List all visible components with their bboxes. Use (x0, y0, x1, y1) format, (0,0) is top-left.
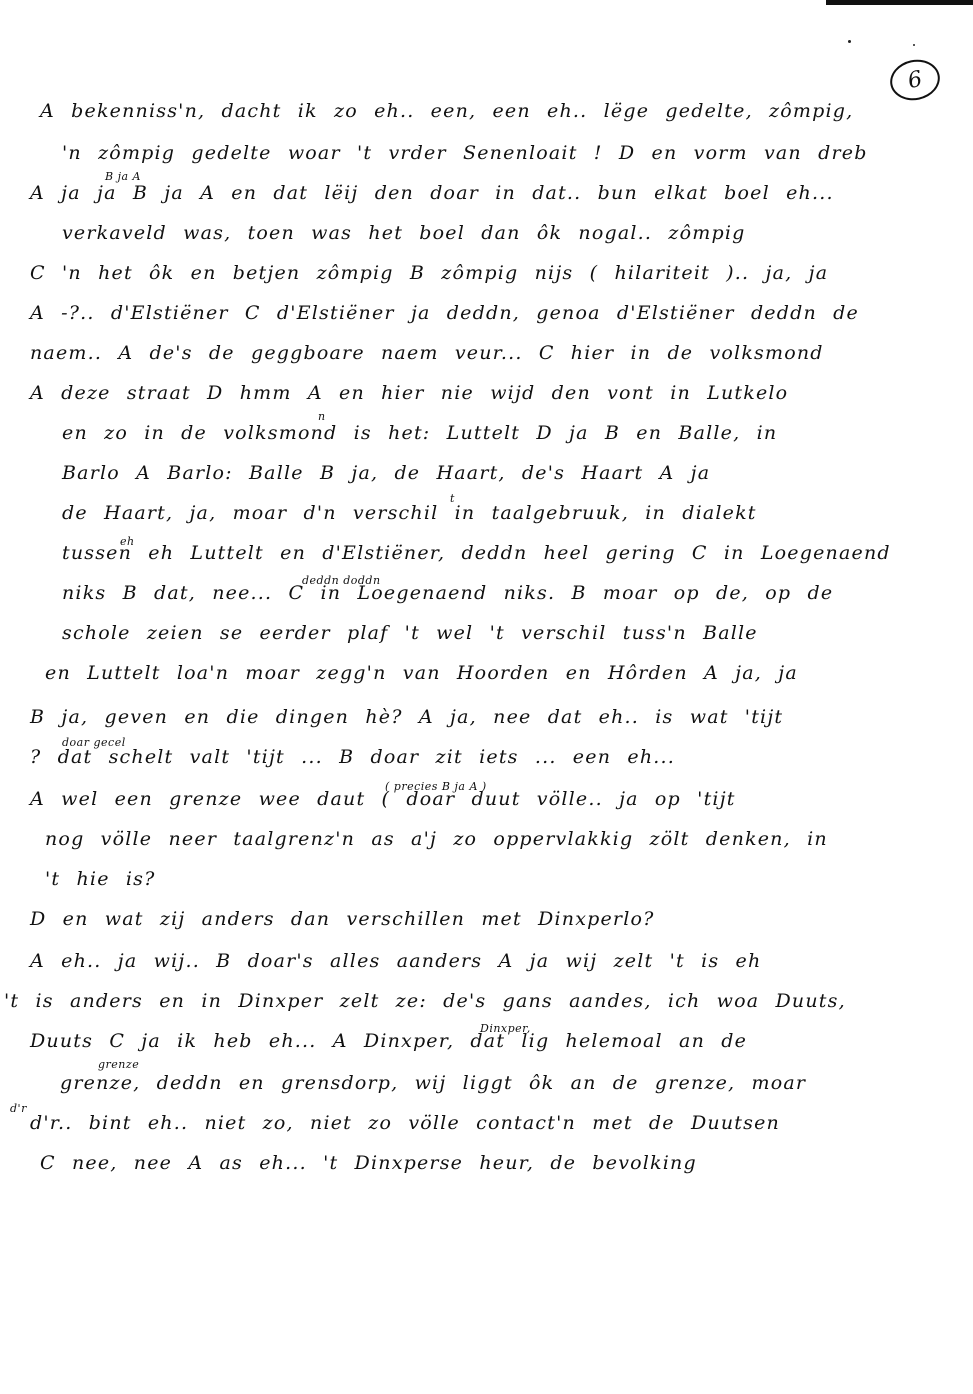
speck (848, 40, 851, 43)
margin-annotation: deddn doddn (302, 574, 381, 587)
transcript-line: en zo in de volksmond is het: Luttelt D … (62, 422, 777, 444)
margin-annotation: Dinxper, (480, 1022, 531, 1035)
transcript-line: 't is anders en in Dinxper zelt ze: de's… (4, 990, 846, 1012)
transcript-line: A wel een grenze wee daut ( doar duut vö… (30, 788, 736, 810)
transcript-line: A ja ja B ja A en dat lëij den doar in d… (30, 182, 834, 204)
speck (913, 44, 915, 46)
margin-annotation: ( precies B ja A ) (385, 780, 487, 793)
transcript-line: nog völle neer taalgrenz'n as a'j zo opp… (45, 828, 828, 850)
transcript-line: B ja, geven en die dingen hè? A ja, nee … (30, 706, 783, 728)
transcript-line: D en wat zij anders dan verschillen met … (30, 908, 655, 930)
transcript-line: d'r.. bint eh.. niet zo, niet zo völle c… (30, 1112, 780, 1134)
transcript-line: tussen eh Luttelt en d'Elstiëner, deddn … (62, 542, 891, 564)
margin-annotation: t (450, 492, 455, 505)
transcript-line: A -?.. d'Elstiëner C d'Elstiëner ja dedd… (30, 302, 859, 324)
page-number-text: 6 (906, 66, 925, 93)
transcript-line: C nee, nee A as eh... 't Dinxperse heur,… (40, 1152, 697, 1174)
transcript-line: grenze, deddn en grensdorp, wij liggt ôk… (60, 1072, 806, 1094)
transcript-line: schole zeien se eerder plaf 't wel 't ve… (62, 622, 758, 644)
transcript-line: A eh.. ja wij.. B doar's alles aanders A… (30, 950, 761, 972)
transcript-line: en Luttelt loa'n moar zegg'n van Hoorden… (45, 662, 798, 684)
transcript-line: verkaveld was, toen was het boel dan ôk … (62, 222, 745, 244)
transcript-line: C 'n het ôk en betjen zômpig B zômpig ni… (30, 262, 828, 284)
margin-annotation: d'r (10, 1102, 27, 1115)
transcript-line: 'n zômpig gedelte woar 't vrder Senenloa… (62, 142, 868, 164)
transcript-line: Barlo A Barlo: Balle B ja, de Haart, de'… (62, 462, 710, 484)
page-number: 6 (886, 55, 943, 105)
transcript-line: A bekenniss'n, dacht ik zo eh.. een, een… (40, 100, 853, 122)
transcript-line: niks B dat, nee... C in Loegenaend niks.… (62, 582, 833, 604)
scan-top-edge (826, 0, 973, 5)
margin-annotation: grenze (98, 1058, 139, 1071)
transcript-line: de Haart, ja, moar d'n verschil in taalg… (62, 502, 757, 524)
margin-annotation: B ja A (105, 170, 141, 183)
transcript-line: 't hie is? (45, 868, 156, 890)
transcript-line: ? dat schelt valt 'tijt ... B doar zit i… (30, 746, 675, 768)
margin-annotation: eh (120, 535, 135, 548)
transcript-line: naem.. A de's de geggboare naem veur... … (30, 342, 824, 364)
margin-annotation: doar gecel (62, 736, 126, 749)
transcript-line: A deze straat D hmm A en hier nie wijd d… (30, 382, 788, 404)
margin-annotation: n (318, 410, 326, 423)
transcript-line: Duuts C ja ik heb eh... A Dinxper, dat l… (30, 1030, 747, 1052)
